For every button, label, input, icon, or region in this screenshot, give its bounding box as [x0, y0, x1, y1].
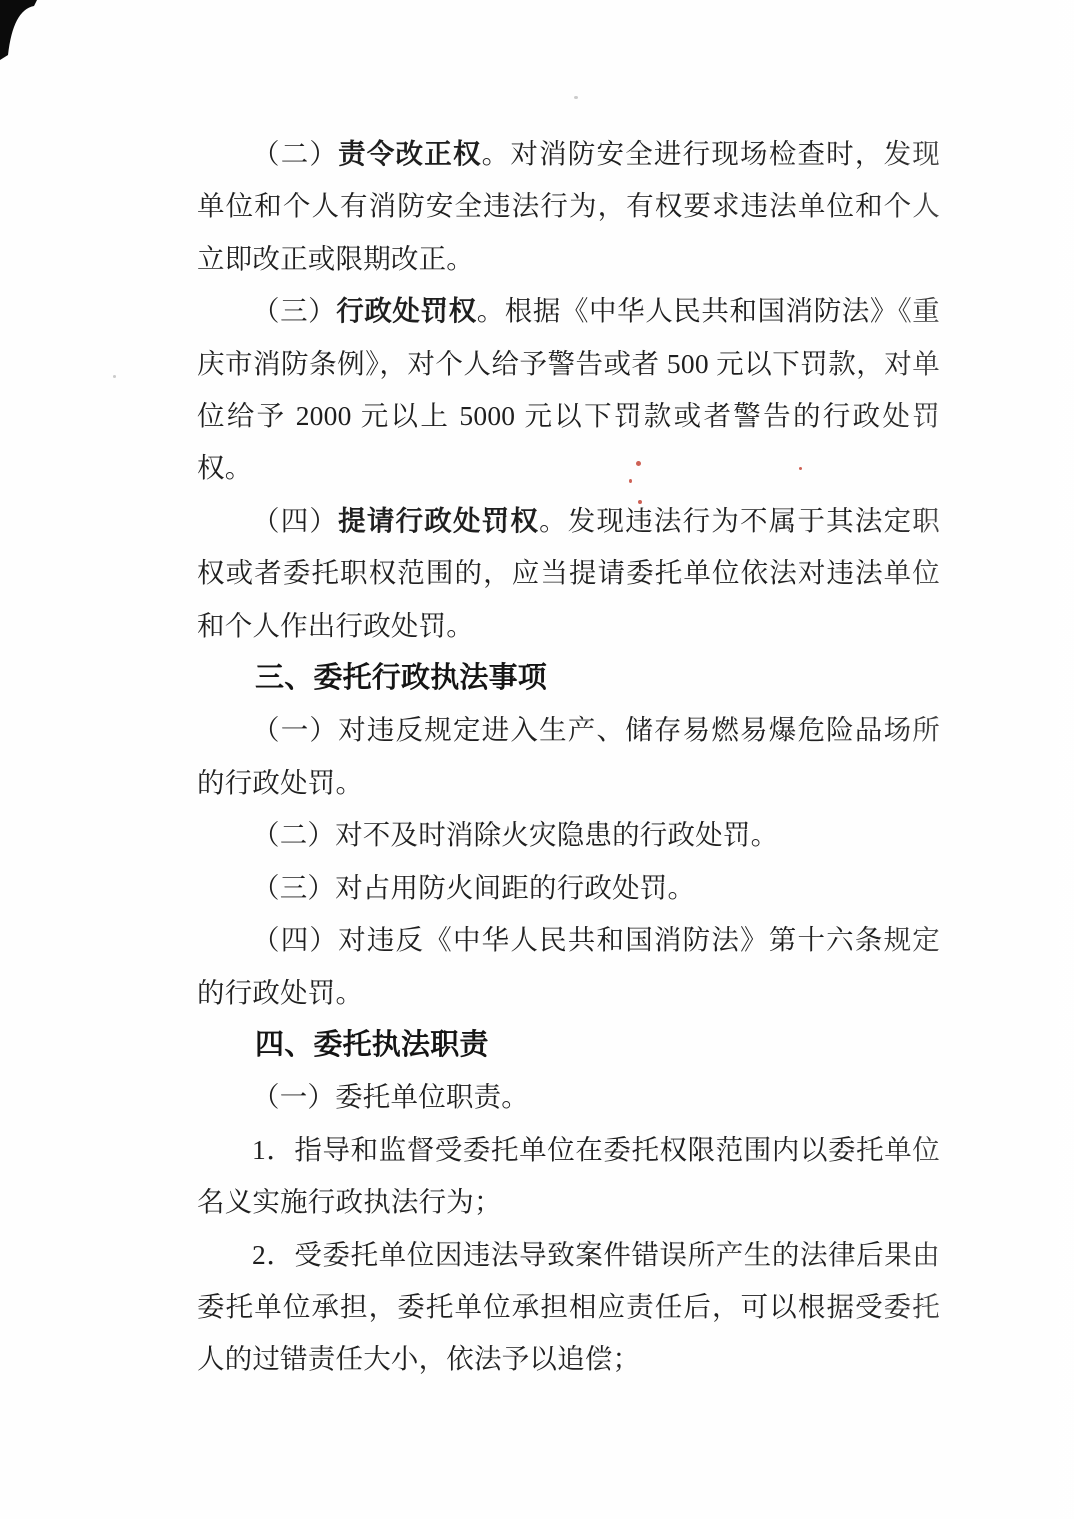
item-number: （四） [252, 505, 338, 536]
scanned-document-page: （二）责令改正权。对消防安全进行现场检查时，发现单位和个人有消防安全违法行为，有… [0, 0, 1074, 1519]
paragraph-matter-4: （四）对违反《中华人民共和国消防法》第十六条规定的行政处罚。 [197, 914, 940, 1019]
paragraph-matter-3: （三）对占用防火间距的行政处罚。 [197, 862, 940, 914]
scan-corner-artifact [0, 0, 120, 80]
scan-speck-gray [574, 96, 578, 99]
paragraph-order-correction-power: （二）责令改正权。对消防安全进行现场检查时，发现单位和个人有消防安全违法行为，有… [197, 128, 940, 285]
term-admin-penalty: 行政处罚权 [336, 295, 476, 326]
term-order-correction: 责令改正权 [338, 138, 482, 169]
paragraph-entrusting-unit-duties: （一）委托单位职责。 [197, 1071, 940, 1123]
term-request-penalty: 提请行政处罚权 [338, 505, 539, 536]
paragraph-admin-penalty-power: （三）行政处罚权。根据《中华人民共和国消防法》《重庆市消防条例》，对个人给予警告… [197, 285, 940, 495]
section-heading-3-entrusted-matters: 三、委托行政执法事项 [197, 652, 940, 704]
paragraph-duty-1: 1．指导和监督受委托单位在委托权限范围内以委托单位名义实施行政执法行为； [197, 1124, 940, 1229]
paragraph-matter-2: （二）对不及时消除火灾隐患的行政处罚。 [197, 809, 940, 861]
section-heading-4-entrusted-duties: 四、委托执法职责 [197, 1019, 940, 1071]
scan-speck-gray [113, 375, 116, 378]
item-number: （二） [252, 138, 338, 169]
paragraph-matter-1: （一）对违反规定进入生产、储存易燃易爆危险品场所的行政处罚。 [197, 704, 940, 809]
document-body: （二）责令改正权。对消防安全进行现场检查时，发现单位和个人有消防安全违法行为，有… [197, 128, 940, 1386]
item-number: （三） [252, 295, 336, 326]
paragraph-request-penalty-power: （四）提请行政处罚权。发现违法行为不属于其法定职权或者委托职权范围的，应当提请委… [197, 495, 940, 652]
paragraph-duty-2: 2．受委托单位因违法导致案件错误所产生的法律后果由委托单位承担，委托单位承担相应… [197, 1229, 940, 1386]
